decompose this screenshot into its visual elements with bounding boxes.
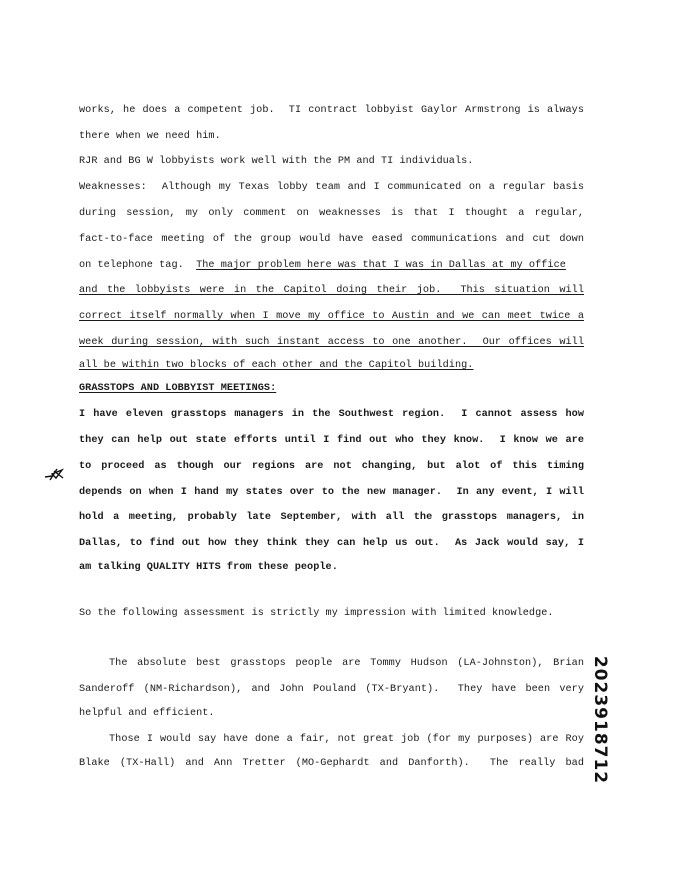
assessment-intro: So the following assessment is strictly … <box>79 607 584 621</box>
weaknesses-paragraph-line: on telephone tag. The major problem here… <box>79 259 584 273</box>
check-mark-icon <box>44 466 68 482</box>
weaknesses-paragraph-line: during session, my only comment on weakn… <box>79 207 584 221</box>
grasstops-paragraph-line: Dallas, to find out how they think they … <box>79 537 584 551</box>
plain-text: on telephone tag. <box>79 260 196 271</box>
grasstops-paragraph-line: am talking QUALITY HITS from these peopl… <box>79 561 584 575</box>
grasstops-paragraph-line: to proceed as though our regions are not… <box>79 460 584 474</box>
text-line: RJR and BG W lobbyists work well with th… <box>79 155 584 169</box>
text-line: works, he does a competent job. TI contr… <box>79 104 584 118</box>
fair-grasstops-line: Those I would say have done a fair, not … <box>79 733 584 747</box>
weaknesses-paragraph-line: fact-to-face meeting of the group would … <box>79 233 584 247</box>
best-grasstops-line: The absolute best grasstops people are T… <box>79 657 584 671</box>
bates-number: 2023918712 <box>585 660 615 780</box>
underlined-text: The major problem here was that I was in… <box>196 260 566 271</box>
grasstops-paragraph-line: they can help out state efforts until I … <box>79 434 584 448</box>
document-page: works, he does a competent job. TI contr… <box>0 0 675 869</box>
section-heading: GRASSTOPS AND LOBBYIST MEETINGS: <box>79 382 584 396</box>
best-grasstops-line: Sanderoff (NM-Richardson), and John Poul… <box>79 683 584 697</box>
bates-number-text: 2023918712 <box>590 656 610 784</box>
underlined-line: week during session, with such instant a… <box>79 336 584 350</box>
fair-grasstops-line: Blake (TX-Hall) and Ann Tretter (MO-Geph… <box>79 757 584 771</box>
text-line: there when we need him. <box>79 130 584 144</box>
grasstops-paragraph-line: depends on when I hand my states over to… <box>79 486 584 500</box>
grasstops-paragraph-line: hold a meeting, probably late September,… <box>79 511 584 525</box>
best-grasstops-line: helpful and efficient. <box>79 707 584 721</box>
underlined-line: all be within two blocks of each other a… <box>79 359 584 373</box>
underlined-line: correct itself normally when I move my o… <box>79 310 584 324</box>
grasstops-paragraph-line: I have eleven grasstops managers in the … <box>79 408 584 422</box>
weaknesses-paragraph-line: Weaknesses: Although my Texas lobby team… <box>79 181 584 195</box>
underlined-line: and the lobbyists were in the Capitol do… <box>79 284 584 298</box>
